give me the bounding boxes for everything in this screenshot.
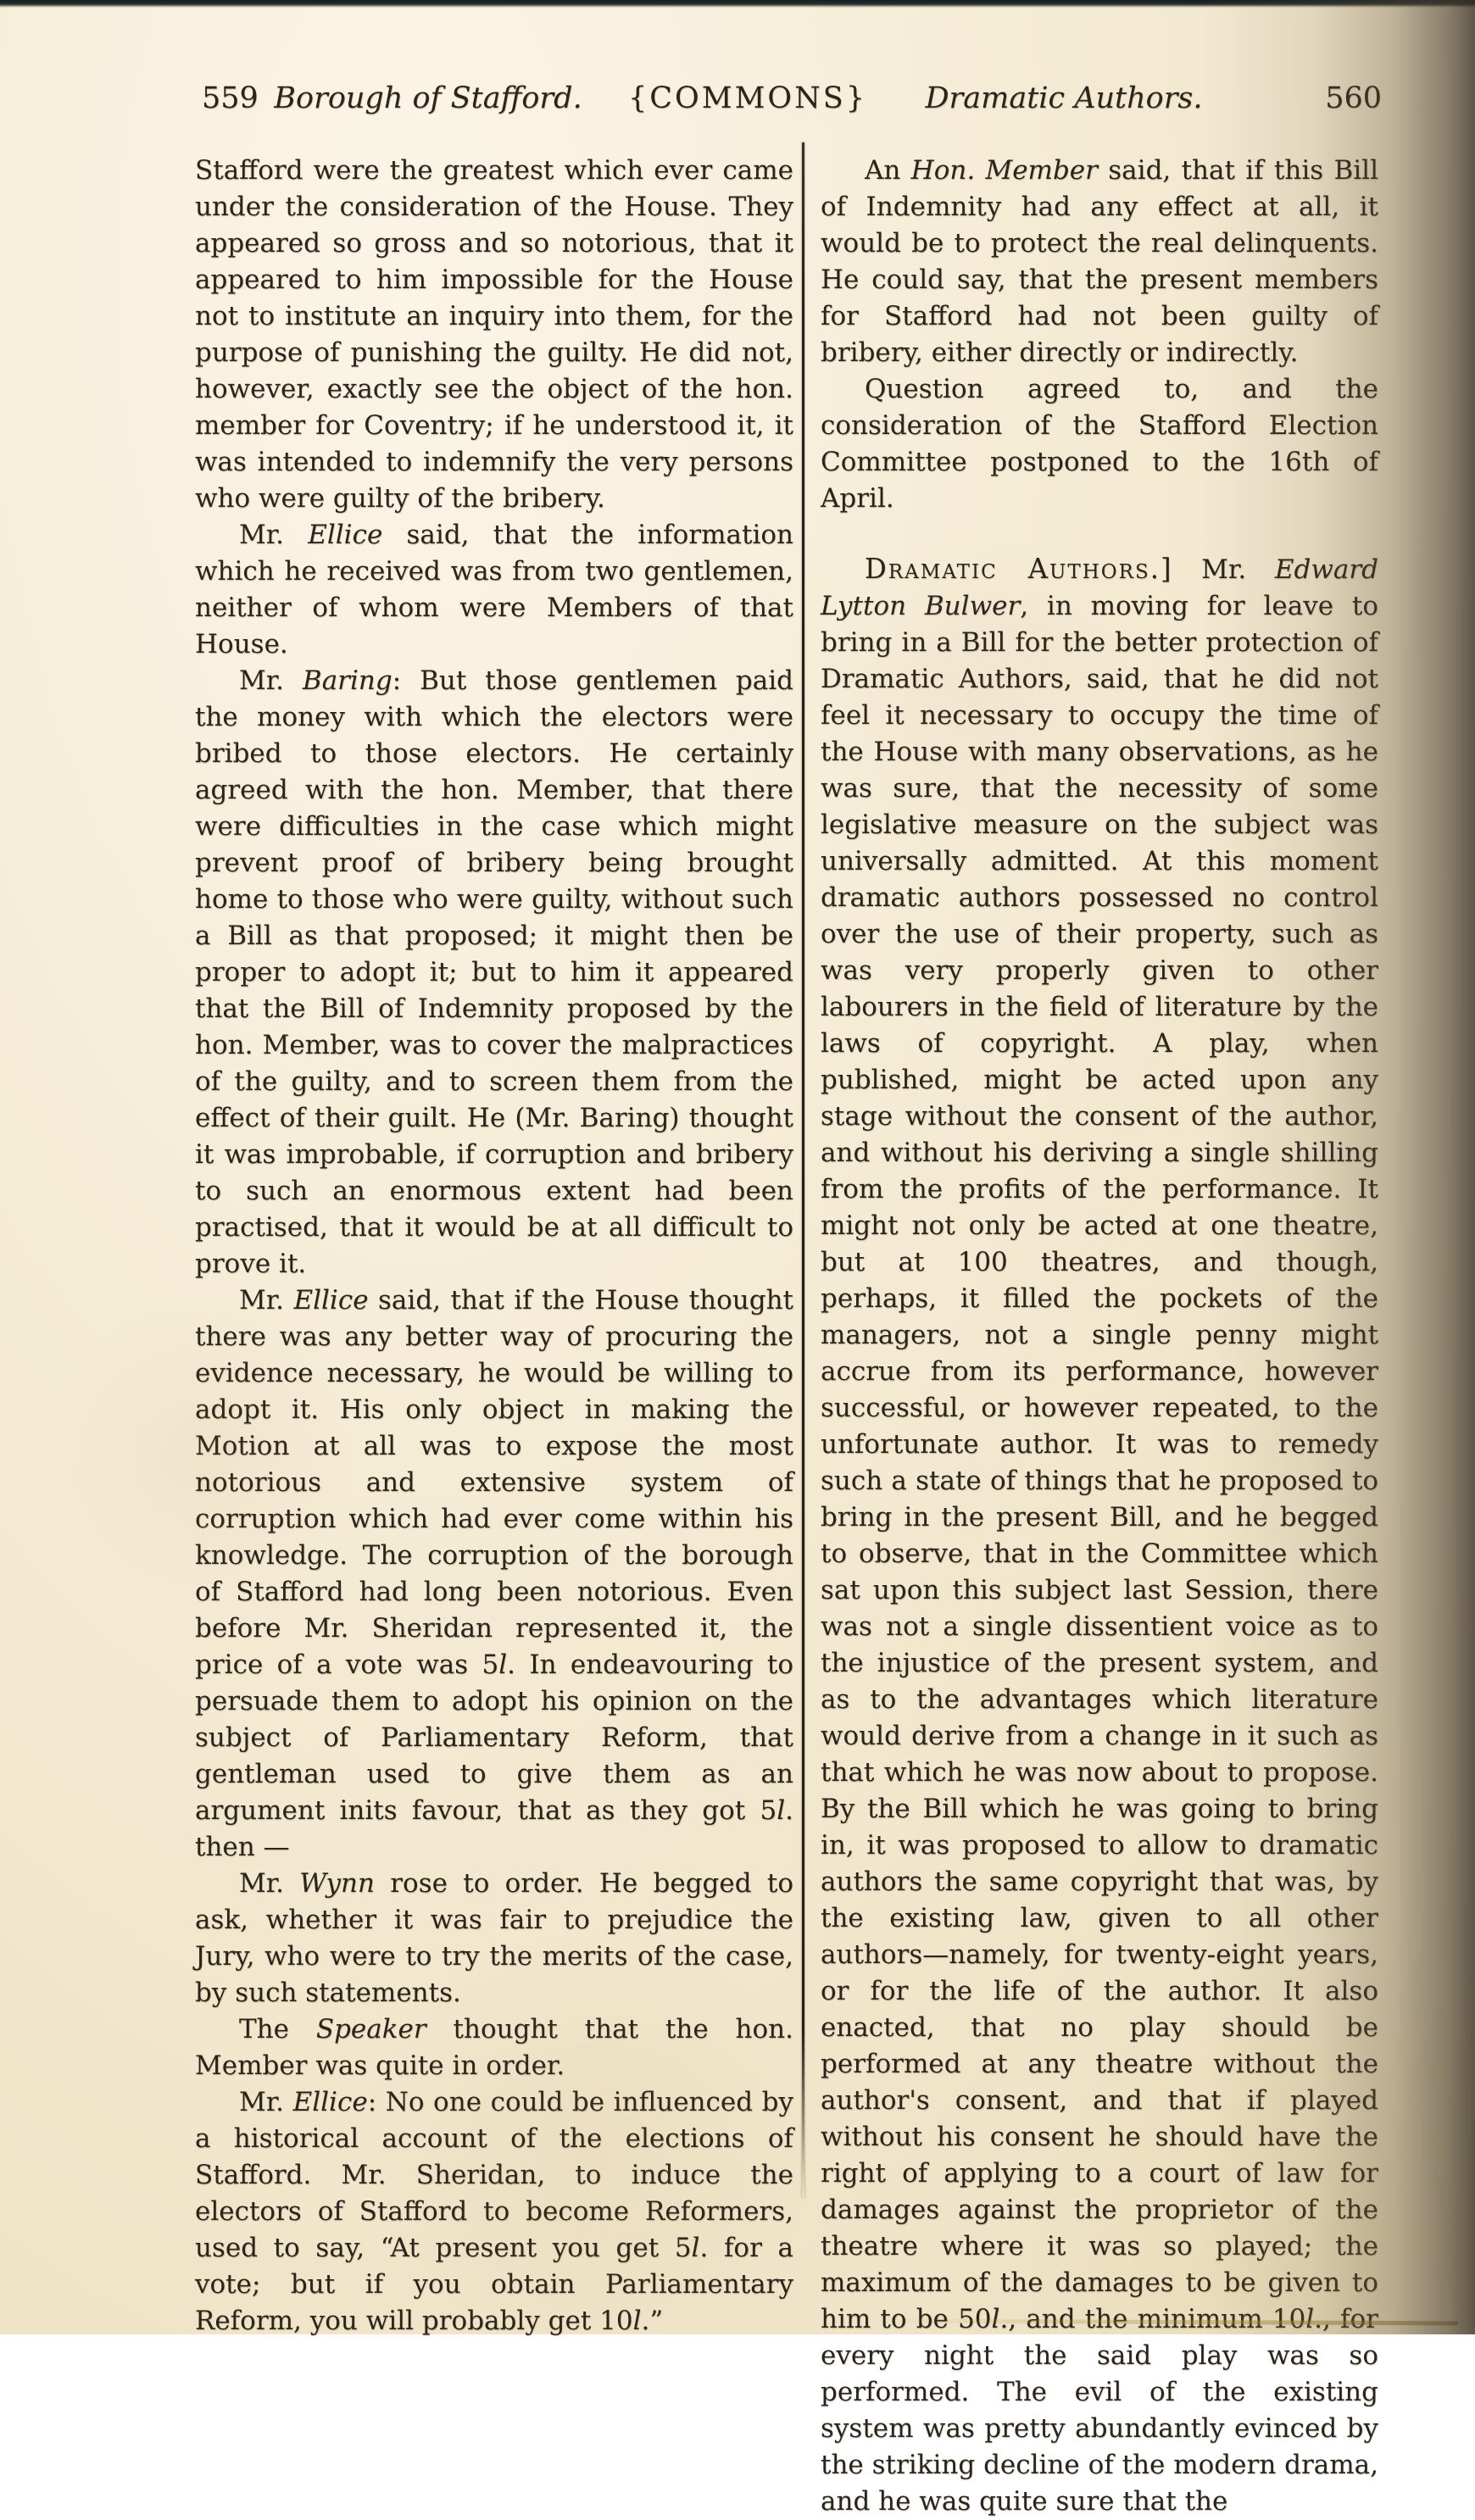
text-segment: Ellice [293,1285,368,1316]
text-segment: Ellice [293,2087,368,2117]
text-segment: An [865,155,911,186]
running-title-center: {COMMONS} [628,81,867,115]
text-segment: l [776,1795,785,1826]
text-segment: Baring [303,665,392,696]
book-spine-shadow [1204,0,1475,2334]
text-segment: Hon. Member [911,155,1098,186]
text-segment: l [633,2306,642,2334]
text-column-left: Stafford were the greatest which ever ca… [195,153,793,2334]
text-segment: Mr. [239,2087,293,2117]
section-heading: Dramatic Authors.] [865,553,1173,585]
text-segment: Wynn [299,1868,375,1899]
text-segment: Mr. [239,520,308,550]
paragraph: Mr. Baring: But those gentlemen paid the… [195,663,793,1282]
scanned-book-page: 559 Borough of Stafford. {COMMONS} Drama… [0,0,1475,2334]
running-title-right: Dramatic Authors. [925,81,1202,115]
paragraph: Mr. Ellice said, that the information wh… [195,517,793,663]
text-segment: Ellice [308,520,382,550]
text-segment: Speaker [316,2014,426,2044]
text-segment: The [239,2014,316,2044]
paragraph: Mr. Ellice said, that if the House thoug… [195,1282,793,1866]
column-divider-rule [802,142,804,2197]
text-segment: l [692,2233,700,2263]
text-segment: Stafford were the greatest which ever ca… [195,155,793,514]
paragraph: Mr. Wynn rose to order. He begged to ask… [195,1866,793,2011]
text-segment: : But those gentlemen paid the money wit… [195,665,793,1279]
column-number-left: 559 [202,81,259,115]
text-segment: said, that if the House thought there wa… [195,1285,793,1680]
text-segment: .” [642,2306,664,2334]
text-segment: Mr. [239,1868,299,1899]
paragraph: Mr. Ellice: No one could be influenced b… [195,2084,793,2334]
running-title-left: Borough of Stafford. [274,81,582,115]
paragraph: The Speaker thought that the hon. Member… [195,2011,793,2084]
paragraph: Stafford were the greatest which ever ca… [195,153,793,517]
text-segment: l [498,1649,507,1680]
text-segment: Mr. [239,1285,293,1316]
text-segment: Mr. [239,665,303,696]
